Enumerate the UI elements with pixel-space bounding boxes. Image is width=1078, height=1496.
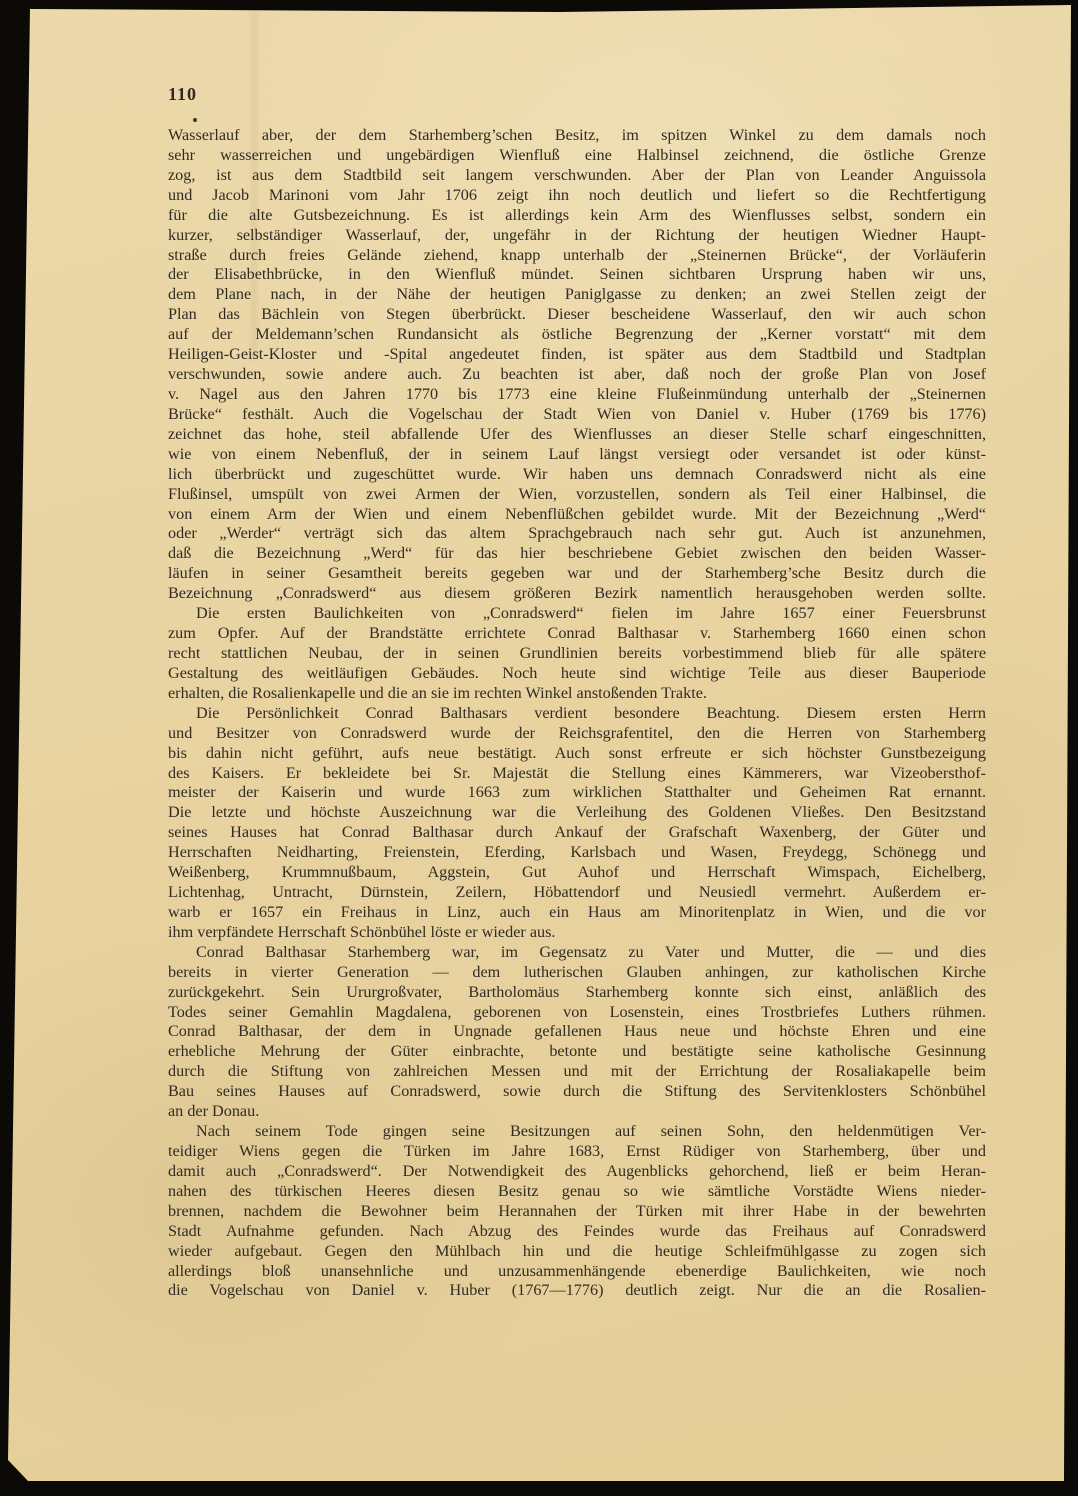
text-line: recht stattlichen Neubau, der in seinen … xyxy=(168,644,986,664)
text-line: erhebliche Mehrung der Güter einbrachte,… xyxy=(168,1042,986,1062)
text-line: damit auch „Conradswerd“. Der Notwendigk… xyxy=(168,1162,986,1182)
paragraph: Die ersten Baulichkeiten von „Conradswer… xyxy=(168,604,986,704)
text-line: Conrad Balthasar Starhemberg war, im Geg… xyxy=(168,943,986,963)
text-line: warb er 1657 ein Freihaus in Linz, auch … xyxy=(168,903,986,923)
text-line: Die letzte und höchste Auszeichnung war … xyxy=(168,803,986,823)
text-line: seines Hauses hat Conrad Balthasar durch… xyxy=(168,823,986,843)
text-line: läufen in seiner Gesamtheit bereits gege… xyxy=(168,564,986,584)
paragraph: Wasserlauf aber, der dem Starhemberg’sch… xyxy=(168,126,986,604)
text-line: Lichtenhag, Untracht, Dürnstein, Zeilern… xyxy=(168,883,986,903)
text-line: verschwunden, sowie andere auch. Zu beac… xyxy=(168,365,986,385)
text-line: bis dahin nicht geführt, aufs neue bestä… xyxy=(168,744,986,764)
paragraph: Conrad Balthasar Starhemberg war, im Geg… xyxy=(168,943,986,1122)
text-line: straße durch freies Gelände ziehend, kna… xyxy=(168,246,986,266)
text-line: daß die Bezeichnung „Werd“ für das hier … xyxy=(168,544,986,564)
text-line: erhalten, die Rosalienkapelle und die an… xyxy=(168,684,986,704)
scanned-page: 110 Wasserlauf aber, der dem Starhemberg… xyxy=(0,0,1078,1496)
text-line: Nach seinem Tode gingen seine Besitzunge… xyxy=(168,1122,986,1142)
text-line: teidiger Wiens gegen die Türken im Jahre… xyxy=(168,1142,986,1162)
text-line: Herrschaften Neidharting, Freienstein, E… xyxy=(168,843,986,863)
paragraph: Die Persönlichkeit Conrad Balthasars ver… xyxy=(168,704,986,943)
body-text: Wasserlauf aber, der dem Starhemberg’sch… xyxy=(168,126,986,1301)
text-line: Gestaltung des weitläufigen Gebäudes. No… xyxy=(168,664,986,684)
text-line: Bau seines Hauses auf Conradswerd, sowie… xyxy=(168,1082,986,1102)
text-line: Die ersten Baulichkeiten von „Conradswer… xyxy=(168,604,986,624)
page-number: 110 xyxy=(168,84,197,105)
text-line: durch die Stiftung von zahlreichen Messe… xyxy=(168,1062,986,1082)
text-line: für die alte Gutsbezeichnung. Es ist all… xyxy=(168,206,986,226)
paragraph: Nach seinem Tode gingen seine Besitzunge… xyxy=(168,1122,986,1301)
text-line: und Jacob Marinoni vom Jahr 1706 zeigt i… xyxy=(168,186,986,206)
text-line: Bezeichnung „Conradswerd“ aus diesem grö… xyxy=(168,584,986,604)
text-line: Plan das Bächlein von Stegen überbrückt.… xyxy=(168,305,986,325)
text-line: wie von einem Nebenfluß, der in seinem L… xyxy=(168,445,986,465)
text-line: zum Opfer. Auf der Brandstätte errichtet… xyxy=(168,624,986,644)
text-line: und Besitzer von Conradswerd wurde der R… xyxy=(168,724,986,744)
text-line: wieder aufgebaut. Gegen den Mühlbach hin… xyxy=(168,1242,986,1262)
text-line: an der Donau. xyxy=(168,1102,986,1122)
text-line: Flußinsel, umspült von zwei Armen der Wi… xyxy=(168,485,986,505)
text-line: meister der Kaiserin und wurde 1663 zum … xyxy=(168,783,986,803)
text-line: sehr wasserreichen und ungebärdigen Wien… xyxy=(168,146,986,166)
text-line: zog, ist aus dem Stadtbild seit langem v… xyxy=(168,166,986,186)
text-line: Conrad Balthasar, der dem in Ungnade gef… xyxy=(168,1022,986,1042)
text-line: dem Plane nach, in der Nähe der heutigen… xyxy=(168,285,986,305)
text-line: lich überbrückt und zugeschüttet wurde. … xyxy=(168,465,986,485)
text-line: oder „Werder“ verträgt sich das altem Sp… xyxy=(168,524,986,544)
text-line: allerdings bloß unansehnliche und unzusa… xyxy=(168,1262,986,1282)
text-line: brennen, nachdem die Bewohner beim Heran… xyxy=(168,1202,986,1222)
text-line: ihm verpfändete Herrschaft Schönbühel lö… xyxy=(168,923,986,943)
text-line: kurzer, selbständiger Wasserlauf, der, u… xyxy=(168,226,986,246)
text-line: bereits in vierter Generation — dem luth… xyxy=(168,963,986,983)
text-line: Die Persönlichkeit Conrad Balthasars ver… xyxy=(168,704,986,724)
text-line: Heiligen-Geist-Kloster und -Spital anged… xyxy=(168,345,986,365)
scan-speck xyxy=(193,118,197,122)
text-line: auf der Meldemann’schen Rundansicht als … xyxy=(168,325,986,345)
text-line: Wasserlauf aber, der dem Starhemberg’sch… xyxy=(168,126,986,146)
text-line: des Kaisers. Er bekleidete bei Sr. Majes… xyxy=(168,764,986,784)
text-line: Stadt Aufnahme gefunden. Nach Abzug des … xyxy=(168,1222,986,1242)
text-line: Todes seiner Gemahlin Magdalena, geboren… xyxy=(168,1003,986,1023)
text-line: zurückgekehrt. Sein Ururgroßvater, Barth… xyxy=(168,983,986,1003)
text-line: Brücke“ festhält. Auch die Vogelschau de… xyxy=(168,405,986,425)
text-line: v. Nagel aus den Jahren 1770 bis 1773 ei… xyxy=(168,385,986,405)
scan-background: 110 Wasserlauf aber, der dem Starhemberg… xyxy=(0,0,1078,1496)
text-line: von einem Arm der Wien und einem Nebenfl… xyxy=(168,505,986,525)
text-line: zeichnet das hohe, steil abfallende Ufer… xyxy=(168,425,986,445)
text-line: nahen des türkischen Heeres diesen Besit… xyxy=(168,1182,986,1202)
text-line: der Elisabethbrücke, in den Wienfluß mün… xyxy=(168,265,986,285)
text-line: Weißenberg, Krummnußbaum, Aggstein, Gut … xyxy=(168,863,986,883)
text-line: die Vogelschau von Daniel v. Huber (1767… xyxy=(168,1281,986,1301)
